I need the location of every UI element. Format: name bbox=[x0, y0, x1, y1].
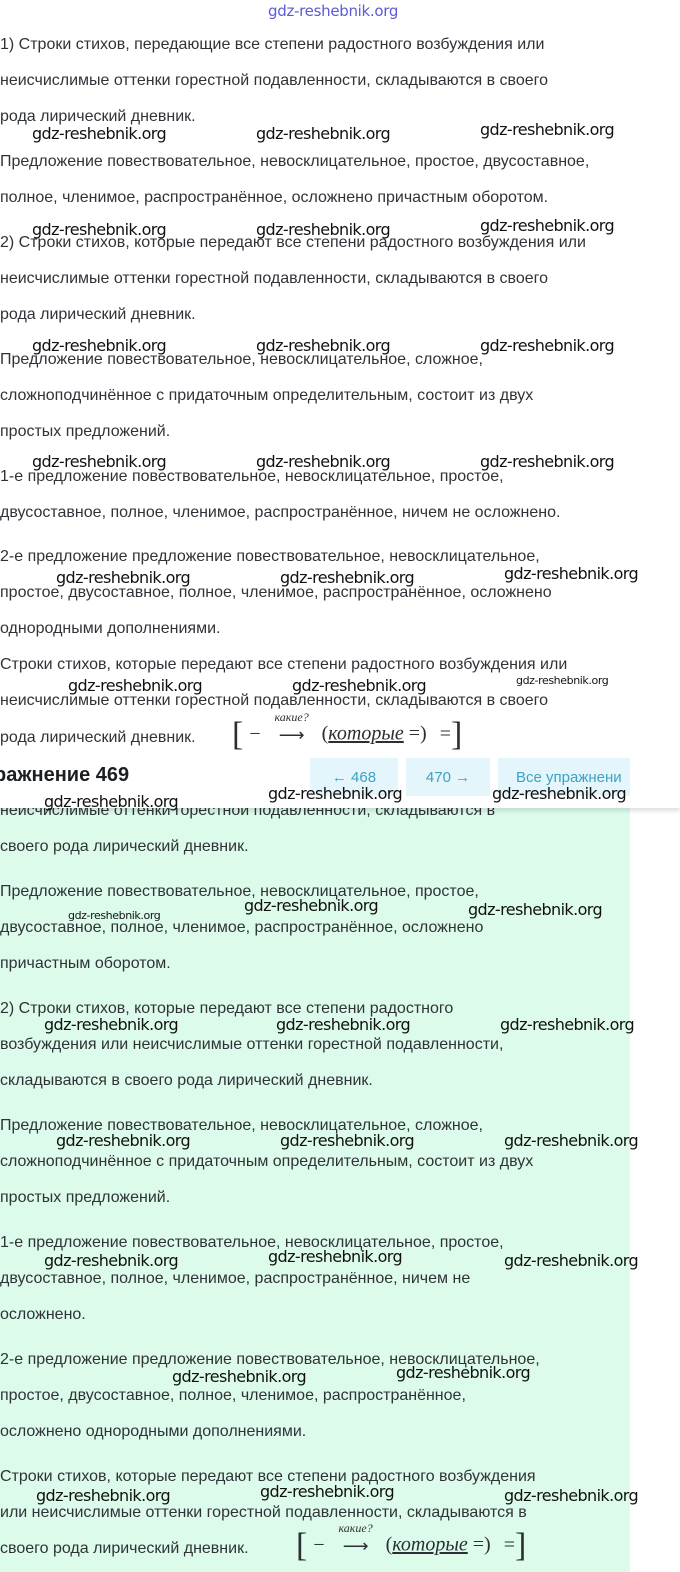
top-watermark: gdz-reshebnik.org bbox=[268, 2, 398, 20]
watermark: gdz-reshebnik.org bbox=[480, 452, 614, 471]
text-line: 1-е предложение повествовательное, невос… bbox=[0, 1234, 504, 1252]
sentence-scheme-2: [−какие?⟶ (которые =) =] bbox=[296, 1529, 526, 1563]
predicate-mark: = bbox=[440, 723, 451, 745]
text-line: возбуждения или неисчислимые оттенки гор… bbox=[0, 1036, 503, 1054]
text-line: простых предложений. bbox=[0, 1189, 170, 1207]
watermark: gdz-reshebnik.org bbox=[280, 568, 414, 587]
text-line: простых предложений. bbox=[0, 423, 170, 441]
watermark: gdz-reshebnik.org bbox=[44, 1251, 178, 1270]
watermark: gdz-reshebnik.org bbox=[276, 1015, 410, 1034]
next-exercise-button[interactable]: 470 → bbox=[406, 758, 490, 796]
watermark: gdz-reshebnik.org bbox=[256, 336, 390, 355]
watermark: gdz-reshebnik.org bbox=[504, 1131, 638, 1150]
arrow-with-label: какие?⟶ bbox=[267, 724, 317, 747]
watermark: gdz-reshebnik.org bbox=[256, 124, 390, 143]
conjunctive-word: которые bbox=[328, 723, 403, 745]
bracket-open: [ bbox=[296, 1527, 307, 1564]
watermark: gdz-reshebnik.org bbox=[36, 1486, 170, 1505]
watermark: gdz-reshebnik.org bbox=[504, 1251, 638, 1270]
predicate-mark: = bbox=[409, 723, 420, 745]
watermark: gdz-reshebnik.org bbox=[56, 1131, 190, 1150]
watermark: gdz-reshebnik.org bbox=[280, 1131, 414, 1150]
text-line: или неисчислимые оттенки горестной подав… bbox=[0, 1504, 527, 1522]
text-line: складываются в своего рода лирический дн… bbox=[0, 1072, 373, 1090]
dash: − bbox=[313, 1534, 324, 1556]
text-line: Строки стихов, которые передают все степ… bbox=[0, 656, 567, 674]
watermark: gdz-reshebnik.org bbox=[504, 1486, 638, 1505]
text-line: осложнено. bbox=[0, 1306, 86, 1324]
watermark: gdz-reshebnik.org bbox=[68, 676, 202, 695]
text-line: причастным оборотом. bbox=[0, 955, 171, 973]
conjunctive-word: которые bbox=[392, 1534, 467, 1556]
watermark: gdz-reshebnik.org bbox=[268, 784, 402, 803]
text-line: полное, членимое, распространённое, осло… bbox=[0, 189, 548, 207]
bracket-close: ] bbox=[515, 1527, 526, 1564]
text-line: однородными дополнениями. bbox=[0, 620, 220, 638]
text-line: рода лирический дневник. bbox=[0, 729, 196, 747]
watermark: gdz-reshebnik.org bbox=[172, 1367, 306, 1386]
predicate-mark: = bbox=[504, 1534, 515, 1556]
watermark: gdz-reshebnik.org bbox=[260, 1482, 394, 1501]
watermark: gdz-reshebnik.org bbox=[268, 1247, 402, 1266]
predicate-mark: = bbox=[473, 1534, 484, 1556]
watermark: gdz-reshebnik.org bbox=[480, 336, 614, 355]
sentence-scheme: [−какие?⟶ (которые =) =] bbox=[232, 718, 462, 752]
watermark: gdz-reshebnik.org bbox=[44, 1015, 178, 1034]
watermark: gdz-reshebnik.org bbox=[516, 674, 608, 687]
text-line: сложноподчинённое с придаточным определи… bbox=[0, 387, 533, 405]
text-line: своего рода лирический дневник. bbox=[0, 1540, 249, 1558]
arrow-label: какие? bbox=[331, 1521, 381, 1536]
text-line: неисчислимые оттенки горестной подавленн… bbox=[0, 72, 548, 90]
watermark: gdz-reshebnik.org bbox=[32, 220, 166, 239]
text-line: рода лирический дневник. bbox=[0, 306, 196, 324]
watermark: gdz-reshebnik.org bbox=[56, 568, 190, 587]
watermark: gdz-reshebnik.org bbox=[292, 676, 426, 695]
watermark: gdz-reshebnik.org bbox=[32, 336, 166, 355]
watermark: gdz-reshebnik.org bbox=[480, 120, 614, 139]
text-line: неисчислимые оттенки горестной подавленн… bbox=[0, 270, 548, 288]
watermark: gdz-reshebnik.org bbox=[256, 452, 390, 471]
arrow-icon: ⟶ bbox=[279, 725, 305, 745]
dash: − bbox=[249, 723, 260, 745]
text-line: сложноподчинённое с придаточным определи… bbox=[0, 1153, 533, 1171]
watermark: gdz-reshebnik.org bbox=[492, 784, 626, 803]
watermark: gdz-reshebnik.org bbox=[68, 909, 160, 922]
text-line: своего рода лирический дневник. bbox=[0, 838, 249, 856]
watermark: gdz-reshebnik.org bbox=[468, 900, 602, 919]
text-line: Предложение повествовательное, невосклиц… bbox=[0, 883, 479, 901]
exercise-heading: ражнение 469 bbox=[0, 764, 129, 787]
watermark: gdz-reshebnik.org bbox=[244, 896, 378, 915]
watermark: gdz-reshebnik.org bbox=[500, 1015, 634, 1034]
bracket-open: [ bbox=[232, 716, 243, 753]
text-line: Предложение повествовательное, невосклиц… bbox=[0, 153, 589, 171]
watermark: gdz-reshebnik.org bbox=[32, 452, 166, 471]
arrow-with-label: какие?⟶ bbox=[331, 1535, 381, 1558]
watermark: gdz-reshebnik.org bbox=[396, 1363, 530, 1382]
text-line: двусоставное, полное, членимое, распрост… bbox=[0, 504, 560, 522]
watermark: gdz-reshebnik.org bbox=[504, 564, 638, 583]
watermark: gdz-reshebnik.org bbox=[32, 124, 166, 143]
watermark: gdz-reshebnik.org bbox=[256, 220, 390, 239]
arrow-label: какие? bbox=[267, 710, 317, 725]
paren-close: ) bbox=[420, 723, 427, 745]
watermark: gdz-reshebnik.org bbox=[44, 792, 178, 811]
text-line: осложнено однородными дополнениями. bbox=[0, 1423, 306, 1441]
text-line: 2-е предложение предложение повествовате… bbox=[0, 548, 540, 566]
text-line: 1) Строки стихов, передающие все степени… bbox=[0, 36, 544, 54]
text-line: двусоставное, полное, членимое, распрост… bbox=[0, 1270, 470, 1288]
watermark: gdz-reshebnik.org bbox=[480, 216, 614, 235]
text-line: простое, двусоставное, полное, членимое,… bbox=[0, 1387, 466, 1405]
arrow-icon: ⟶ bbox=[343, 1536, 369, 1556]
bracket-close: ] bbox=[451, 716, 462, 753]
paren-close: ) bbox=[484, 1534, 491, 1556]
